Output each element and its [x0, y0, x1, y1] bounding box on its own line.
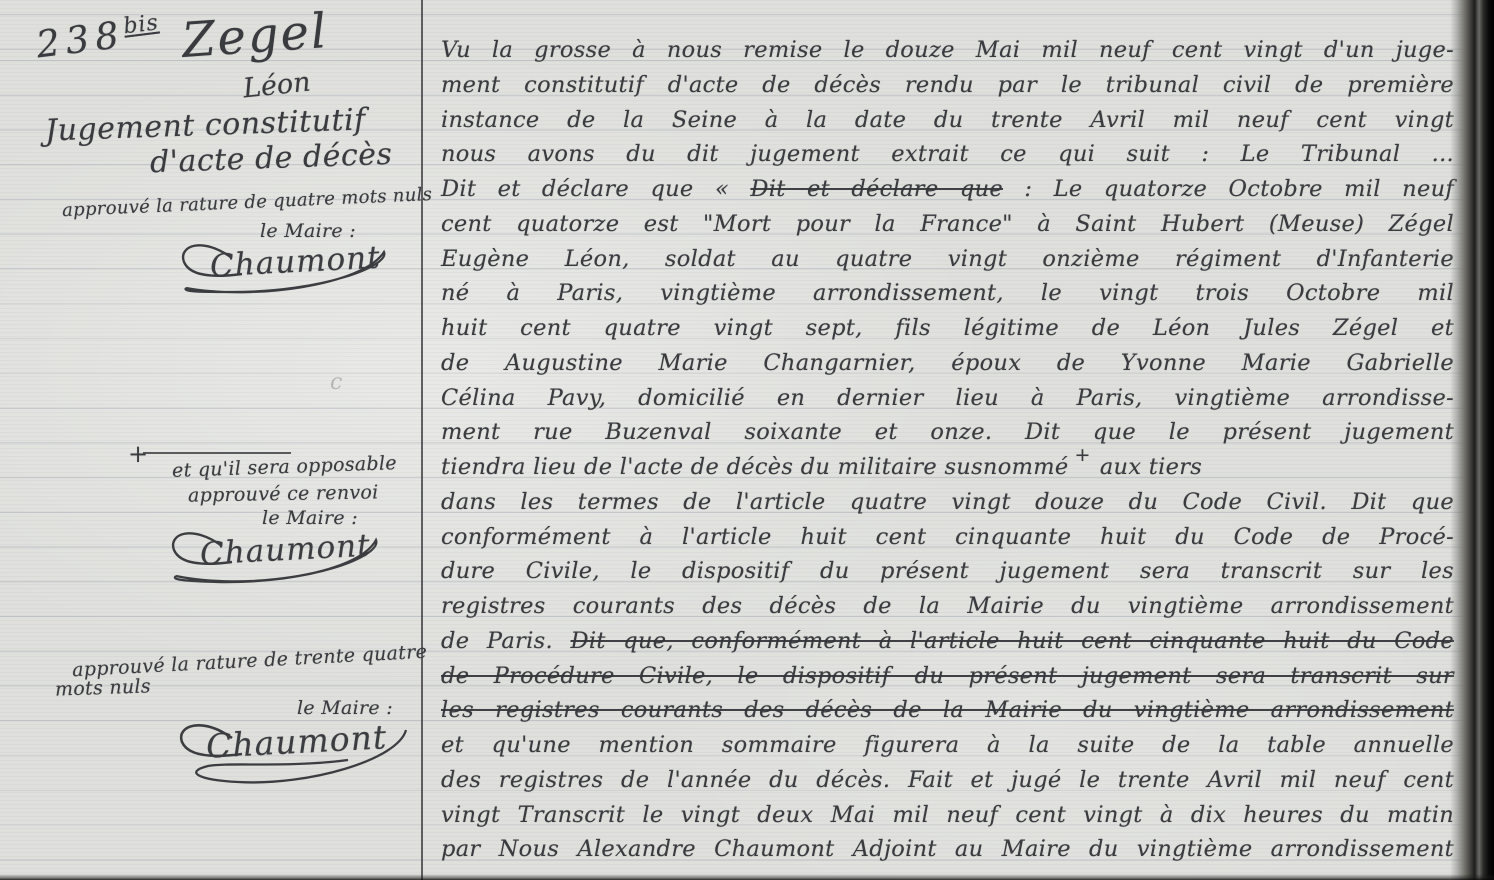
body-text-segment: Vu la grosse à nous remise le douze Mai … [441, 37, 1454, 63]
body-text-segment: huit cent quatre vingt sept, fils légiti… [441, 315, 1454, 341]
body-line: nous avons du dit jugement extrait ce qu… [441, 137, 1454, 172]
body-text-segment: par Nous Alexandre Chaumont Adjoint au M… [441, 836, 1454, 862]
renvoi-line [143, 452, 291, 454]
body-line: Dit et déclare que « Dit et déclare que … [441, 172, 1454, 207]
struck-text: les registres courants des décès de la M… [441, 697, 1454, 723]
struck-text: Dit que, conformément à l'article huit c… [571, 628, 1455, 654]
body-text-segment: ment constitutif d'acte de décès rendu p… [441, 72, 1454, 98]
body-text-segment: ment rue Buzenval soixante et onze. Dit … [441, 419, 1454, 445]
body-text-segment: instance de la Seine à la date du trente… [441, 107, 1454, 133]
body-text-segment: et qu'une mention sommaire figurera à la… [441, 732, 1454, 758]
body-text-segment: Eugène Léon, soldat au quatre vingt onzi… [441, 246, 1454, 272]
body-line: Eugène Léon, soldat au quatre vingt onzi… [441, 242, 1454, 277]
body-line: vingt Transcrit le vingt deux Mai mil ne… [441, 798, 1454, 833]
mayor-signature-middle: Chaumont [162, 518, 402, 596]
body-text-segment: dans les termes de l'article quatre ving… [441, 489, 1454, 515]
mayor-signature-bottom: Chaumont [168, 708, 438, 808]
body-line: de Procédure Civile, le dispositif du pr… [441, 659, 1454, 694]
body-line: tiendra lieu de l'acte de décès du milit… [441, 450, 1454, 485]
page-bottom-edge [0, 874, 1494, 880]
body-text-segment: de Augustine Marie Changarnier, époux de… [441, 350, 1454, 376]
body-text-segment: de Paris. [441, 628, 571, 654]
body-line: dure Civile, le dispositif du présent ju… [441, 554, 1454, 589]
struck-text: de Procédure Civile, le dispositif du pr… [441, 663, 1454, 689]
body-line: Célina Pavy, domicilié en dernier lieu à… [441, 381, 1454, 416]
deceased-surname: Zegel [180, 3, 330, 69]
body-text-segment: vingt Transcrit le vingt deux Mai mil ne… [441, 802, 1454, 828]
body-line: conformément à l'article huit cent cinqu… [441, 520, 1454, 555]
struck-text: Dit et déclare que [750, 176, 1003, 202]
body-line: Vu la grosse à nous remise le douze Mai … [441, 33, 1454, 68]
body-text-segment: dure Civile, le dispositif du présent ju… [441, 558, 1454, 584]
body-line: les registres courants des décès de la M… [441, 693, 1454, 728]
body-text-segment: registres courants des décès de la Mairi… [441, 593, 1454, 619]
body-text-segment: : Le quatorze Octobre mil neuf [1003, 176, 1454, 202]
body-text-segment: conformément à l'article huit cent cinqu… [441, 524, 1454, 550]
body-line: et qu'une mention sommaire figurera à la… [441, 728, 1454, 763]
body-line: ment rue Buzenval soixante et onze. Dit … [441, 415, 1454, 450]
body-text-segment: Célina Pavy, domicilié en dernier lieu à… [441, 385, 1454, 411]
body-line: par Nous Alexandre Chaumont Adjoint au M… [441, 832, 1454, 867]
body-line: dans les termes de l'article quatre ving… [441, 485, 1454, 520]
body-text-segment: Dit et déclare que « [441, 176, 750, 202]
body-line: des registres de l'année du décès. Fait … [441, 763, 1454, 798]
register-page-scan: 238bis Zegel Léon Jugement constitutif d… [0, 0, 1494, 880]
body-line: instance de la Seine à la date du trente… [441, 103, 1454, 138]
act-number-suffix: bis [122, 10, 160, 39]
approval-note-top: approuvé la rature de quatre mots nuls [62, 184, 433, 221]
deceased-firstname: Léon [242, 67, 312, 105]
body-text-segment: tiendra lieu de l'acte de décès du milit… [441, 454, 1068, 480]
body-line: né à Paris, vingtième arrondissement, le… [441, 276, 1454, 311]
body-line: cent quatorze est "Mort pour la France" … [441, 207, 1454, 242]
body-text-segment: aux tiers [1092, 454, 1202, 480]
renvoi-note-line2: approuvé ce renvoi [188, 481, 379, 506]
body-text-segment: cent quatorze est "Mort pour la France" … [441, 211, 1454, 237]
body-line: de Augustine Marie Changarnier, époux de… [441, 346, 1454, 381]
insertion-caret-mark: + [1074, 438, 1090, 473]
faint-pencil-mark: c [330, 370, 342, 395]
body-line: registres courants des décès de la Mairi… [441, 589, 1454, 624]
act-body-text: Vu la grosse à nous remise le douze Mai … [441, 33, 1454, 867]
body-line: ment constitutif d'acte de décès rendu p… [441, 68, 1454, 103]
margin-rule-line [421, 0, 423, 880]
act-title-line2: d'acte de décès [149, 137, 392, 180]
act-number: 238bis [34, 9, 162, 67]
body-text-segment: né à Paris, vingtième arrondissement, le… [441, 280, 1454, 306]
body-line: de Paris. Dit que, conformément à l'arti… [441, 624, 1454, 659]
body-line: huit cent quatre vingt sept, fils légiti… [441, 311, 1454, 346]
renvoi-cross-mark: + [128, 440, 148, 468]
book-binding-edge [1450, 0, 1494, 880]
act-number-value: 238 [34, 13, 127, 66]
approval-note-bottom-line2: mots nuls [55, 675, 152, 700]
renvoi-note-line1: et qu'il sera opposable [172, 452, 397, 482]
mayor-signature-top: Chaumont [172, 230, 412, 308]
body-text-segment: des registres de l'année du décès. Fait … [441, 767, 1454, 793]
body-text-segment: nous avons du dit jugement extrait ce qu… [441, 141, 1454, 167]
